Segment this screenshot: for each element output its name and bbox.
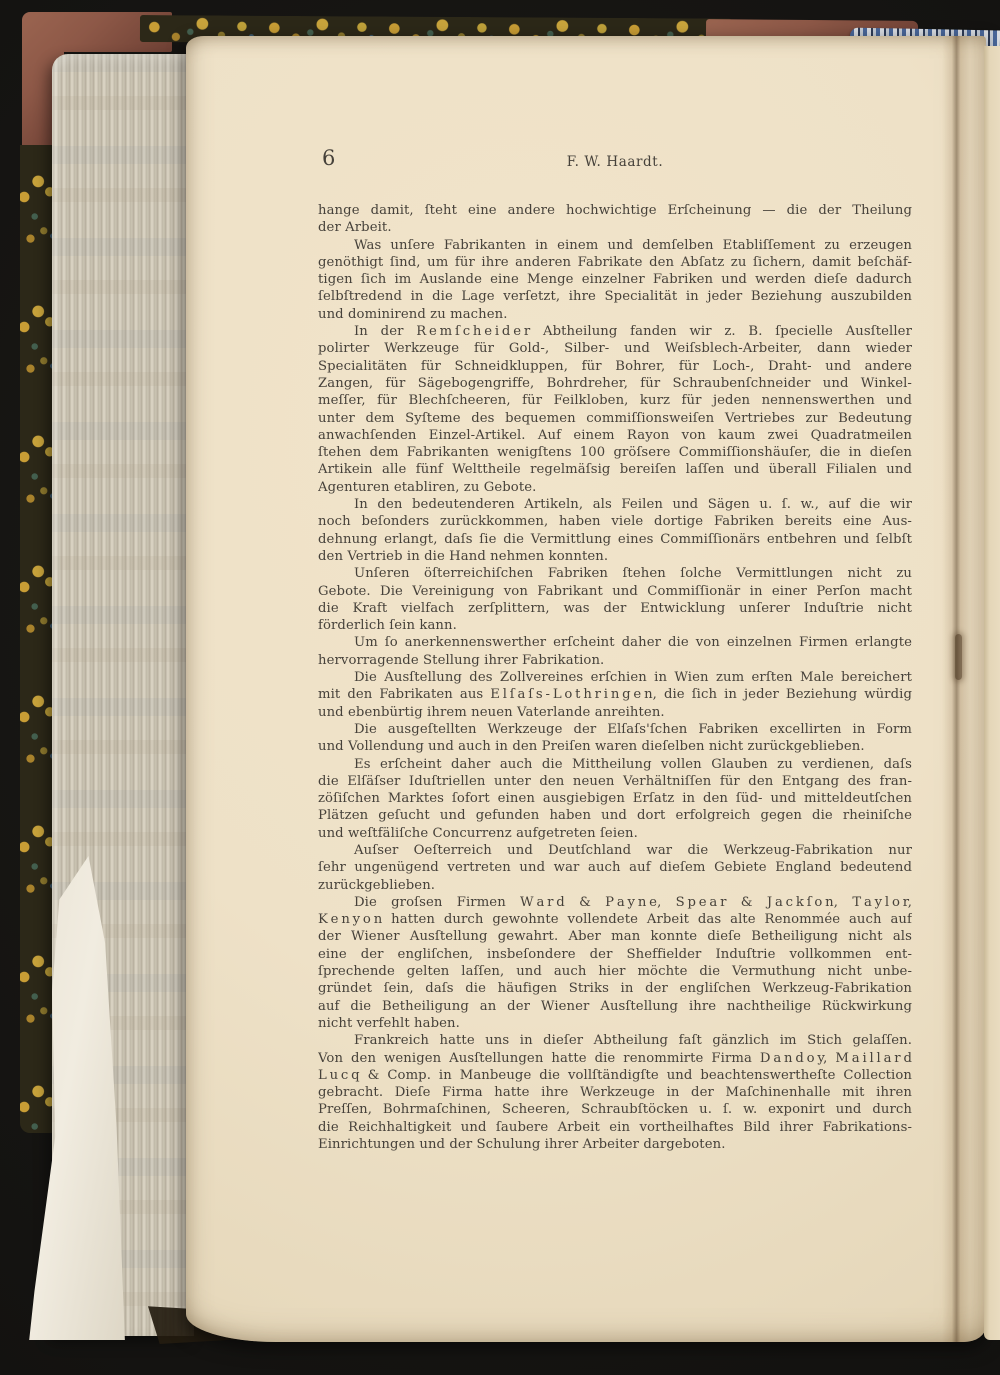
text-line: auf die Betheiligung an der Wiener Ausſt…	[318, 998, 912, 1015]
text-line: In den bedeutenderen Artikeln, als Feile…	[318, 496, 912, 513]
text-line: Die ausgeſtellten Werkzeuge der Elſaſs'ſ…	[318, 721, 912, 738]
text-line: Gebote. Die Vereinigung von Fabrikant un…	[318, 583, 912, 600]
text-line: zöſiſchen Marktes ſofort einen ausgiebig…	[318, 790, 912, 807]
paragraph: Die groſsen Firmen W a r d & P a y n e, …	[318, 894, 912, 1032]
text-line: Preſſen, Bohrmaſchinen, Scheeren, Schrau…	[318, 1101, 912, 1118]
text-line: hange damit, ſteht eine andere hochwicht…	[318, 202, 912, 219]
text-line: gebracht. Dieſe Firma hatte ihre Werkzeu…	[318, 1084, 912, 1101]
text-line: mit den Fabrikaten aus E l ſ a ſ s - L o…	[318, 686, 912, 703]
text-line: K e n y o n hatten durch gewohnte vollen…	[318, 911, 912, 928]
paragraph: Auſser Oeſterreich und Deutſchland war d…	[318, 842, 912, 894]
text-line: Einrichtungen und der Schulung ihrer Arb…	[318, 1136, 912, 1153]
text-line: polirter Werkzeuge für Gold-, Silber- un…	[318, 340, 912, 357]
text-line: die Elſäſser Iduſtriellen unter den neue…	[318, 773, 912, 790]
paragraph: Was unſere Fabrikanten in einem und demſ…	[318, 237, 912, 323]
text-line: Es erſcheint daher auch die Mittheilung …	[318, 756, 912, 773]
text-line: Die groſsen Firmen W a r d & P a y n e, …	[318, 894, 912, 911]
running-head: F. W. Haardt.	[318, 144, 912, 170]
text-line: Zangen, für Sägebogengriffe, Bohrdreher,…	[318, 375, 912, 392]
paragraph: Um ſo anerkennenswerther erſcheint daher…	[318, 634, 912, 669]
page-header: 6 F. W. Haardt.	[318, 144, 912, 178]
text-line: Um ſo anerkennenswerther erſcheint daher…	[318, 634, 912, 651]
page-number: 6	[322, 146, 335, 170]
text-line: Artikein alle fünf Welttheile regelmäſsi…	[318, 461, 912, 478]
paragraph: Die ausgeſtellten Werkzeuge der Elſaſs'ſ…	[318, 721, 912, 756]
text-line: eine der engliſchen, insbeſondere der Sh…	[318, 946, 912, 963]
text-line: In der R e m ſ c h e i d e r Abtheilung …	[318, 323, 912, 340]
paragraph: hange damit, ſteht eine andere hochwicht…	[318, 202, 912, 237]
text-line: und weſtfäliſche Concurrenz aufgetreten …	[318, 825, 912, 842]
paragraph: Unſeren öſterreichiſchen Fabriken ſtehen…	[318, 565, 912, 634]
text-line: Auſser Oeſterreich und Deutſchland war d…	[318, 842, 912, 859]
text-line: Plätzen geſucht und gefunden haben und d…	[318, 807, 912, 824]
text-line: Von den wenigen Ausſtellungen hatte die …	[318, 1050, 912, 1067]
text-line: nicht verfehlt haben.	[318, 1015, 912, 1032]
cover-marble-left-edge	[20, 145, 55, 1133]
paragraph: Die Ausſtellung des Zollvereines erſchie…	[318, 669, 912, 721]
text-line: meſſer, für Blechſcheeren, für Feilklobe…	[318, 392, 912, 409]
paragraph: Frankreich hatte uns in dieſer Abtheilun…	[318, 1032, 912, 1153]
paragraph: In den bedeutenderen Artikeln, als Feile…	[318, 496, 912, 565]
text-line: Unſeren öſterreichiſchen Fabriken ſtehen…	[318, 565, 912, 582]
text-line: ſtehen dem Fabrikanten wenigſtens 100 gr…	[318, 444, 912, 461]
text-line: L u c q & Comp. in Manbeuge die vollſtän…	[318, 1067, 912, 1084]
text-line: Specialitäten für Schneidkluppen, für Bo…	[318, 358, 912, 375]
text-line: ſelbſtredend in die Lage verſetzt, ihre …	[318, 288, 912, 305]
book-page: 6 F. W. Haardt. hange damit, ſteht eine …	[186, 36, 986, 1342]
text-line: die Reichhaltigkeit und ſaubere Arbeit e…	[318, 1119, 912, 1136]
paragraph: In der R e m ſ c h e i d e r Abtheilung …	[318, 323, 912, 496]
paragraph: Es erſcheint daher auch die Mittheilung …	[318, 756, 912, 842]
text-line: Was unſere Fabrikanten in einem und demſ…	[318, 237, 912, 254]
text-line: Die Ausſtellung des Zollvereines erſchie…	[318, 669, 912, 686]
text-line: und dominirend zu machen.	[318, 306, 912, 323]
text-block: hange damit, ſteht eine andere hochwicht…	[318, 202, 912, 1153]
gutter-notch	[955, 634, 962, 680]
text-line: ſprechende gelten laſſen, und auch hier …	[318, 963, 912, 980]
text-line: der Wiener Ausſtellung gewahrt. Aber man…	[318, 928, 912, 945]
text-line: zurückgeblieben.	[318, 877, 912, 894]
text-line: den Vertrieb in die Hand nehmen konnten.	[318, 548, 912, 565]
text-line: und Vollendung und auch in den Preiſen w…	[318, 738, 912, 755]
text-line: unter dem Syſteme des bequemen commiſſio…	[318, 410, 912, 427]
text-line: der Arbeit.	[318, 219, 912, 236]
text-line: noch beſonders zurückkommen, haben viele…	[318, 513, 912, 530]
text-line: tigen ſich im Auslande eine Menge einzel…	[318, 271, 912, 288]
text-line: und ebenbürtig ihrem neuen Vaterlande an…	[318, 704, 912, 721]
text-line: anwachſenden Einzel-Artikel. Auf einem R…	[318, 427, 912, 444]
text-line: dehnung erlangt, daſs ſie die Vermittlun…	[318, 531, 912, 548]
text-line: hervorragende Stellung ihrer Fabrikation…	[318, 652, 912, 669]
text-line: gründet ſein, daſs die häufigen Striks i…	[318, 980, 912, 997]
text-line: genöthigt ſind, um für ihre anderen Fabr…	[318, 254, 912, 271]
text-line: förderlich ſein kann.	[318, 617, 912, 634]
text-line: die Kraft vielfach zerſplittern, was der…	[318, 600, 912, 617]
text-line: Frankreich hatte uns in dieſer Abtheilun…	[318, 1032, 912, 1049]
text-line: ſehr ungenügend vertreten und war auch a…	[318, 859, 912, 876]
facing-page-sliver	[984, 46, 1000, 1340]
text-line: Agenturen etabliren, zu Gebote.	[318, 479, 912, 496]
gutter-crease	[942, 36, 970, 1342]
